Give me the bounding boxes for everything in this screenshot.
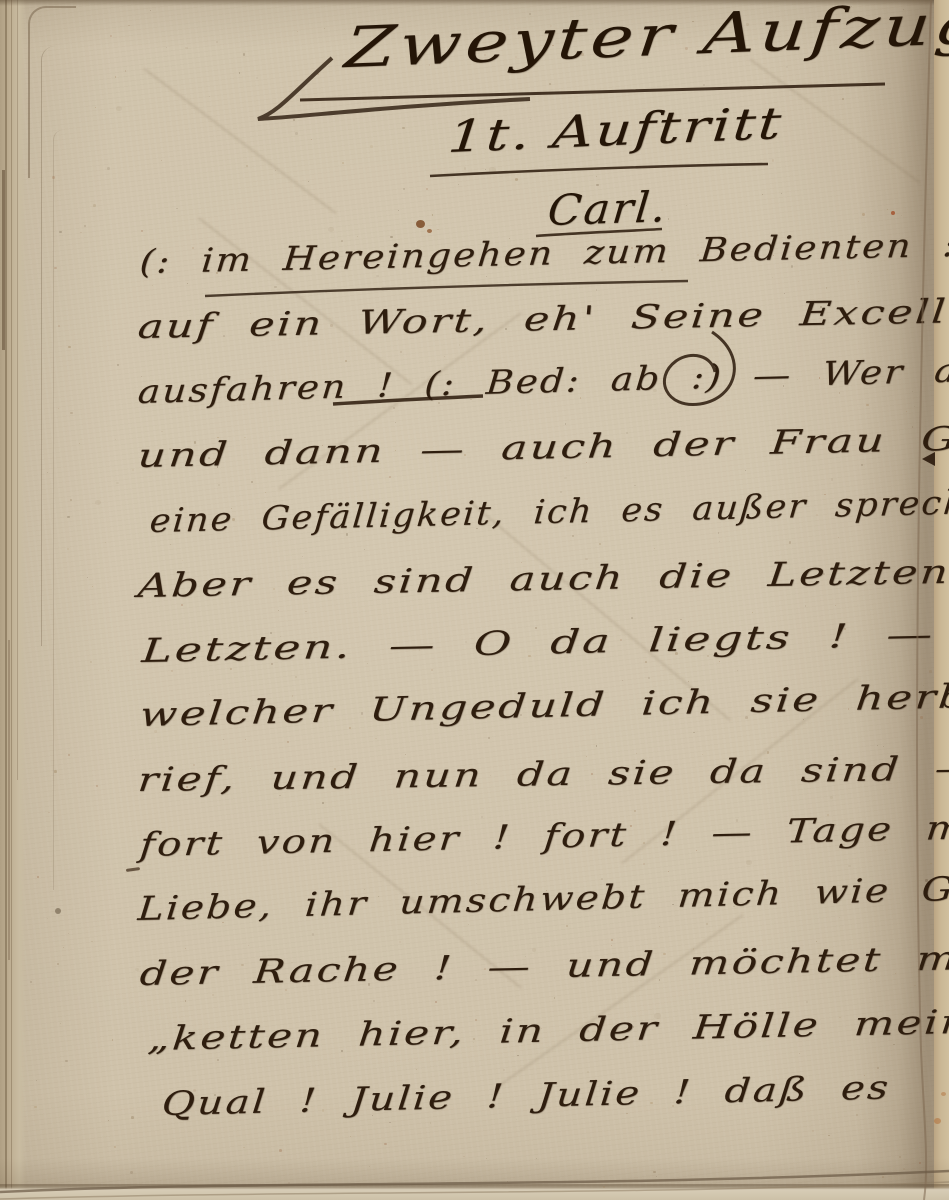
paper-speck [95, 107, 96, 108]
paper-speck [125, 70, 127, 72]
paper-speck [150, 10, 151, 11]
paper-speck [389, 476, 391, 478]
foxing-stain [55, 908, 61, 914]
page-edge-line [2, 170, 5, 350]
paper-speck [364, 549, 365, 550]
paper-speck [503, 1069, 506, 1072]
paper-speck [596, 745, 598, 747]
paper-speck [626, 1113, 628, 1115]
paper-speck [772, 277, 773, 278]
paper-speck [645, 661, 647, 663]
paper-speck [342, 162, 344, 164]
paper-speck [93, 204, 96, 207]
paper-blotch [95, 500, 101, 505]
foxing-stain [941, 1092, 946, 1096]
paper-speck [914, 985, 916, 987]
paper-speck [185, 47, 187, 49]
paper-speck [509, 420, 511, 422]
paper-speck [243, 53, 245, 55]
paper-speck [554, 997, 555, 998]
paper-speck [899, 1156, 901, 1158]
paper-speck [375, 738, 377, 740]
paper-speck [516, 1119, 517, 1120]
paper-speck [171, 670, 173, 672]
paper-speck [47, 918, 48, 919]
paper-speck [312, 933, 315, 936]
paper-speck [182, 560, 183, 561]
manuscript-line-14: Qual ! Julie ! Julie ! daß es [160, 1067, 892, 1123]
paper-speck [110, 35, 112, 37]
paper-speck [295, 676, 297, 678]
paper-speck [786, 66, 788, 68]
paper-speck [426, 188, 428, 190]
paper-speck [209, 96, 210, 97]
paper-speck [128, 25, 130, 27]
paper-speck [596, 289, 598, 291]
paper-speck [54, 770, 57, 773]
paper-speck [67, 548, 69, 550]
paper-speck [176, 208, 178, 210]
paper-speck [718, 532, 720, 534]
paper-speck [48, 812, 49, 813]
paper-speck [596, 176, 597, 177]
paper-speck [842, 98, 844, 100]
paper-speck [67, 516, 69, 518]
manuscript-line-1: (: im Hereingehen zum Bedienten :) Flux [138, 222, 949, 281]
paper-speck [468, 924, 469, 925]
paper-speck [117, 364, 119, 366]
paper-speck [115, 76, 116, 77]
paper-speck [901, 215, 902, 216]
paper-speck [826, 287, 828, 289]
paper-speck [654, 548, 656, 550]
paper-speck [806, 1001, 808, 1003]
paper-speck [634, 810, 636, 812]
paper-speck [115, 439, 116, 440]
paper-speck [882, 1176, 884, 1178]
show-through-stroke [497, 914, 744, 1088]
paper-speck [47, 472, 48, 473]
paper-speck [70, 499, 72, 501]
paper-speck [565, 423, 567, 425]
paper-speck [799, 1053, 800, 1054]
paper-speck [223, 739, 224, 740]
paper-speck [745, 470, 746, 471]
paper-speck [432, 214, 434, 216]
paper-speck [488, 737, 490, 739]
manuscript-line-4: und dann — auch der Frau Gräfinn [136, 416, 949, 475]
paper-speck [30, 981, 32, 983]
paper-speck [737, 670, 738, 671]
paper-speck [719, 541, 720, 542]
paper-speck [784, 293, 785, 294]
page-edge-line [5, 0, 7, 1200]
paper-speck [60, 1023, 62, 1025]
paper-speck [789, 541, 792, 544]
manuscript-line-10: fort von hier ! fort ! — Tage meiner [138, 805, 949, 864]
show-through-stroke [144, 68, 337, 214]
paper-speck [107, 167, 110, 170]
paper-speck [416, 1069, 417, 1070]
paper-blotch [830, 796, 834, 799]
manuscript-line-12: der Rache ! — und möchtet mich an- [138, 935, 949, 993]
paper-speck [812, 1130, 814, 1132]
paper-speck [622, 680, 623, 681]
paper-speck [68, 933, 69, 934]
underline-scene [430, 164, 768, 176]
paper-speck [302, 556, 304, 558]
paper-speck [251, 481, 253, 483]
paper-speck [279, 1149, 282, 1152]
paper-speck [185, 1000, 187, 1002]
insertion-mark [126, 867, 140, 872]
paper-speck [217, 1059, 219, 1061]
paper-speck [668, 218, 670, 220]
paper-speck [835, 605, 836, 606]
paper-speck [369, 1166, 370, 1167]
paper-blotch [489, 167, 496, 173]
paper-speck [693, 732, 695, 734]
paper-speck [68, 346, 71, 349]
paper-speck [65, 1060, 67, 1062]
paper-speck [96, 785, 98, 787]
paper-speck [566, 925, 568, 927]
paper-speck [929, 670, 932, 673]
paper-speck [587, 1071, 589, 1073]
manuscript-line-13: „ketten hier, in der Hölle meiner [146, 1001, 949, 1058]
paper-speck [752, 612, 753, 613]
paper-blotch [135, 968, 140, 972]
manuscript-line-9: rief, und nun da sie da sind — ha, [136, 747, 949, 799]
paper-speck [611, 939, 613, 941]
paper-speck [370, 145, 373, 148]
paper-speck [57, 963, 60, 966]
paper-speck [930, 863, 932, 865]
manuscript-page: Zweyter Aufzug 1t. Auftritt Carl. (: im … [0, 0, 949, 1200]
paper-speck [170, 544, 171, 545]
paper-speck [402, 127, 404, 129]
manuscript-line-11: Liebe, ihr umschwebt mich wie Geister [136, 866, 949, 928]
paper-speck [58, 325, 60, 327]
paper-speck [134, 759, 135, 760]
paper-speck [398, 210, 399, 211]
paper-speck [161, 431, 162, 432]
paper-speck [92, 586, 93, 587]
paper-blotch [564, 477, 567, 480]
paper-speck [91, 941, 93, 943]
paper-speck [839, 917, 840, 918]
paper-speck [212, 994, 214, 996]
paper-speck [653, 1171, 656, 1174]
paper-speck [634, 485, 636, 487]
paper-speck [166, 47, 167, 48]
paper-speck [187, 283, 188, 284]
paper-speck [130, 1171, 132, 1173]
heading-speaker: Carl. [546, 182, 670, 235]
manuscript-line-7: Letzten. — O da liegts ! — Mit [140, 612, 949, 670]
paper-speck [185, 948, 187, 950]
paper-speck [161, 160, 162, 161]
paper-speck [239, 72, 241, 74]
paper-blotch [116, 106, 122, 111]
paper-speck [87, 577, 89, 579]
paper-speck [246, 165, 248, 167]
foxing-stain [891, 211, 895, 215]
paper-speck [324, 28, 325, 29]
paper-speck [431, 669, 433, 671]
paper-speck [275, 170, 276, 171]
paper-speck [549, 83, 551, 85]
paper-speck [486, 276, 487, 277]
manuscript-line-3: ausfahren ! (: Bed: ab :) — Wer ausfährt [136, 346, 949, 411]
manuscript-line-2: auf ein Wort, eh' Seine Excellenz [136, 290, 949, 346]
paper-speck [216, 41, 218, 43]
paper-speck [131, 1116, 134, 1119]
paper-speck [90, 661, 92, 663]
paper-speck [603, 1186, 605, 1188]
paper-speck [373, 1000, 375, 1002]
paper-speck [325, 291, 327, 293]
paper-speck [762, 194, 763, 195]
paper-blotch [328, 227, 334, 232]
paper-speck [108, 1120, 110, 1122]
paper-speck [686, 205, 687, 206]
paper-speck [405, 754, 406, 755]
paper-speck [295, 132, 298, 135]
paper-speck [287, 741, 289, 743]
paper-speck [862, 213, 864, 215]
paper-speck [112, 1039, 114, 1041]
paper-speck [311, 139, 312, 140]
paper-speck [248, 945, 249, 946]
paper-speck [464, 167, 467, 170]
paper-speck [403, 188, 405, 190]
paper-speck [80, 232, 82, 234]
paper-speck [430, 1122, 432, 1124]
paper-speck [245, 739, 247, 741]
foxing-stain [934, 1118, 941, 1124]
paper-speck [362, 98, 363, 99]
paper-speck [828, 1135, 830, 1137]
paper-speck [37, 876, 39, 878]
paper-speck [399, 941, 401, 943]
paper-speck [70, 412, 73, 415]
paper-speck [643, 863, 645, 865]
paper-speck [63, 947, 64, 948]
paper-speck [486, 1158, 487, 1159]
paper-speck [141, 230, 143, 232]
paper-speck [350, 1136, 351, 1137]
paper-speck [114, 1146, 116, 1148]
paper-speck [648, 677, 650, 679]
paper-speck [459, 344, 460, 345]
paper-speck [706, 923, 709, 926]
paper-speck [243, 1147, 244, 1148]
page-edge-line [11, 0, 12, 1200]
page-corner-edge [53, 130, 64, 890]
paper-speck [393, 407, 395, 409]
paper-speck [877, 745, 878, 746]
paper-speck [108, 670, 109, 671]
paper-speck [444, 356, 445, 357]
heading-scene: 1t. Auftritt [446, 98, 785, 163]
paper-speck [838, 537, 839, 538]
page-curl-shadow [0, 1158, 949, 1186]
paper-speck [68, 754, 70, 756]
paper-speck [317, 73, 319, 75]
paper-speck [772, 159, 775, 162]
paper-speck [59, 231, 61, 233]
paper-speck [52, 176, 55, 179]
paper-speck [920, 716, 922, 718]
paper-speck [256, 77, 258, 79]
paper-speck [305, 611, 307, 613]
paper-speck [345, 360, 347, 362]
paper-speck [781, 193, 782, 194]
manuscript-line-6: Aber es sind auch die Letzten ! die [136, 549, 949, 605]
paper-speck [218, 484, 220, 486]
paper-speck [887, 209, 888, 210]
paper-speck [703, 84, 706, 87]
paper-speck [132, 469, 134, 471]
paper-speck [631, 617, 633, 619]
paper-speck [297, 31, 298, 32]
paper-speck [561, 284, 562, 285]
paper-speck [485, 169, 486, 170]
paper-speck [400, 351, 402, 353]
paper-speck [856, 1114, 858, 1116]
paper-speck [831, 478, 833, 480]
paper-speck [36, 1080, 37, 1081]
paper-speck [384, 1143, 387, 1146]
paper-speck [230, 668, 232, 670]
paper-blotch [746, 860, 752, 865]
paper-speck [274, 286, 276, 288]
page-curl-bottom [0, 1184, 949, 1200]
manuscript-line-8: welcher Ungeduld ich sie herbei- [138, 675, 949, 734]
paper-speck [719, 661, 720, 662]
page-edge-line [17, 0, 18, 780]
paper-speck [435, 1001, 437, 1003]
paper-speck [599, 543, 601, 545]
paper-speck [861, 464, 863, 466]
paper-blotch [116, 482, 120, 485]
paper-speck [740, 86, 742, 88]
paper-speck [668, 871, 669, 872]
manuscript-line-5: eine Gefälligkeit, ich es außer sprechen… [148, 479, 949, 540]
paper-speck [395, 422, 397, 424]
paper-speck [848, 865, 850, 867]
paper-speck [517, 1055, 519, 1057]
paper-speck [437, 229, 439, 231]
paper-speck [265, 492, 266, 493]
paper-speck [105, 542, 106, 543]
paper-speck [805, 605, 806, 606]
paper-speck [152, 285, 153, 286]
paper-speck [34, 1106, 36, 1108]
paper-speck [389, 1122, 391, 1124]
foxing-stain [427, 229, 432, 233]
paper-speck [322, 802, 324, 804]
underline-stage-direction [205, 281, 688, 296]
paper-speck [515, 178, 518, 181]
paper-speck [79, 443, 80, 444]
paper-speck [278, 610, 279, 611]
paper-speck [656, 1176, 658, 1178]
paper-speck [458, 184, 459, 185]
page-edge-line [8, 640, 10, 960]
paper-speck [308, 181, 309, 182]
paper-speck [84, 225, 86, 227]
paper-speck [572, 535, 574, 537]
foxing-stain [416, 220, 425, 228]
paper-speck [293, 119, 295, 121]
paper-speck [659, 926, 660, 927]
